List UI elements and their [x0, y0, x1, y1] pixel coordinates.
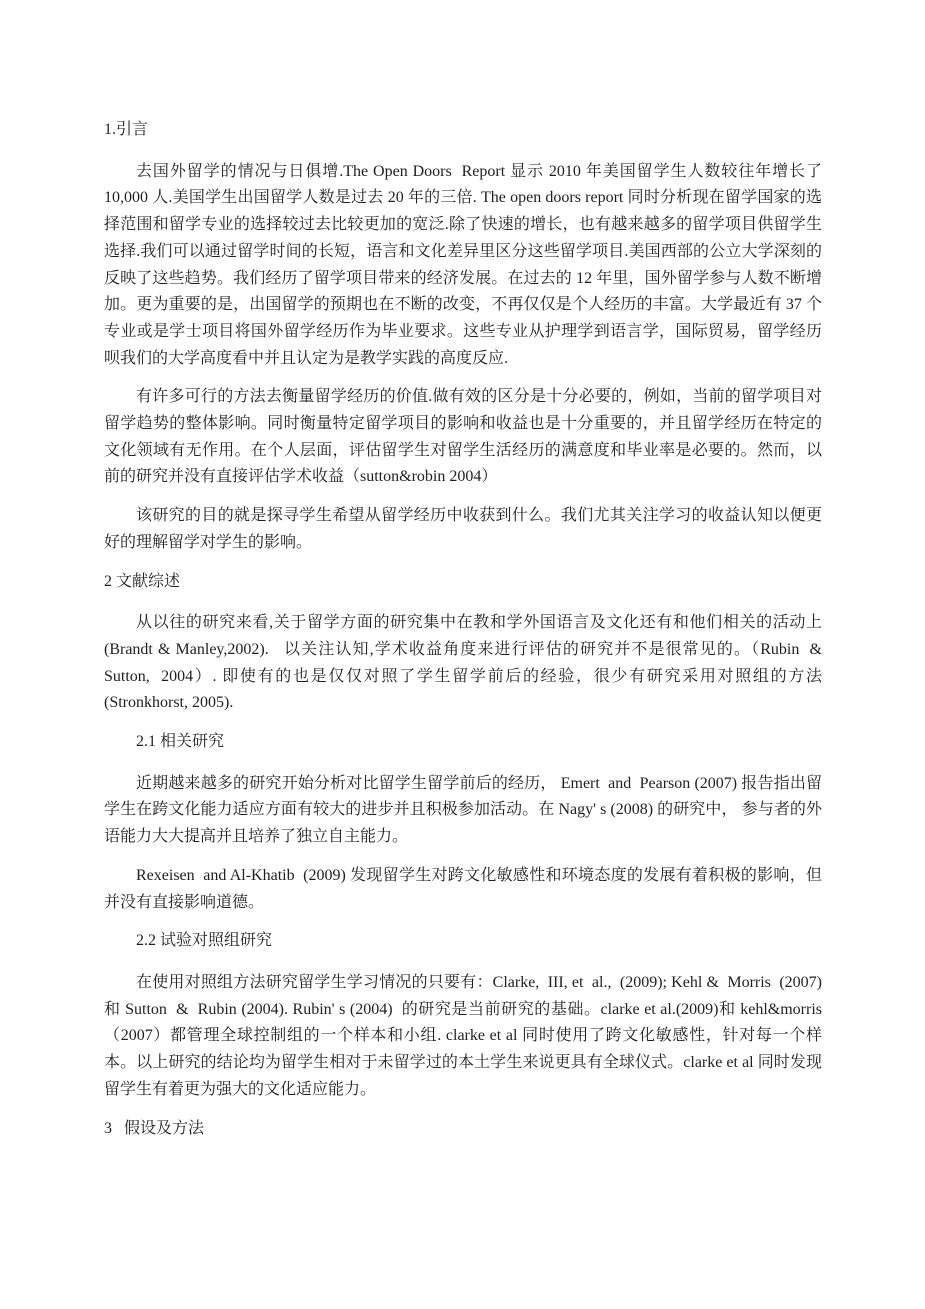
- paragraph-literature-review: 从以往的研究来看,关于留学方面的研究集中在教和学外国语言及文化还有和他们相关的活…: [104, 610, 822, 717]
- paragraph-related-research-2: Rexeisen and Al-Khatib (2009) 发现留学生对跨文化敏…: [104, 863, 822, 916]
- section-heading-literature-review: 2 文献综述: [104, 569, 822, 596]
- paragraph-related-research-1: 近期越来越多的研究开始分析对比留学生留学前后的经历， Emert and Pea…: [104, 771, 822, 851]
- paragraph-introduction-2: 有许多可行的方法去衡量留学经历的价值.做有效的区分是十分必要的，例如，当前的留学…: [104, 384, 822, 491]
- section-heading-introduction: 1.引言: [104, 117, 822, 144]
- paragraph-introduction-3: 该研究的目的就是探寻学生希望从留学经历中收获到什么。我们尤其关注学习的收益认知以…: [104, 503, 822, 556]
- paragraph-introduction-1: 去国外留学的情况与日俱增.The Open Doors Report 显示 20…: [104, 159, 822, 373]
- subsection-heading-control-group-research: 2.2 试验对照组研究: [104, 928, 822, 955]
- document-page: 1.引言 去国外留学的情况与日俱增.The Open Doors Report …: [0, 0, 925, 1309]
- paragraph-control-group-research: 在使用对照组方法研究留学生学习情况的只要有：Clarke, III, et al…: [104, 970, 822, 1104]
- subsection-heading-related-research: 2.1 相关研究: [104, 729, 822, 756]
- section-heading-hypothesis-method: 3 假设及方法: [104, 1116, 822, 1143]
